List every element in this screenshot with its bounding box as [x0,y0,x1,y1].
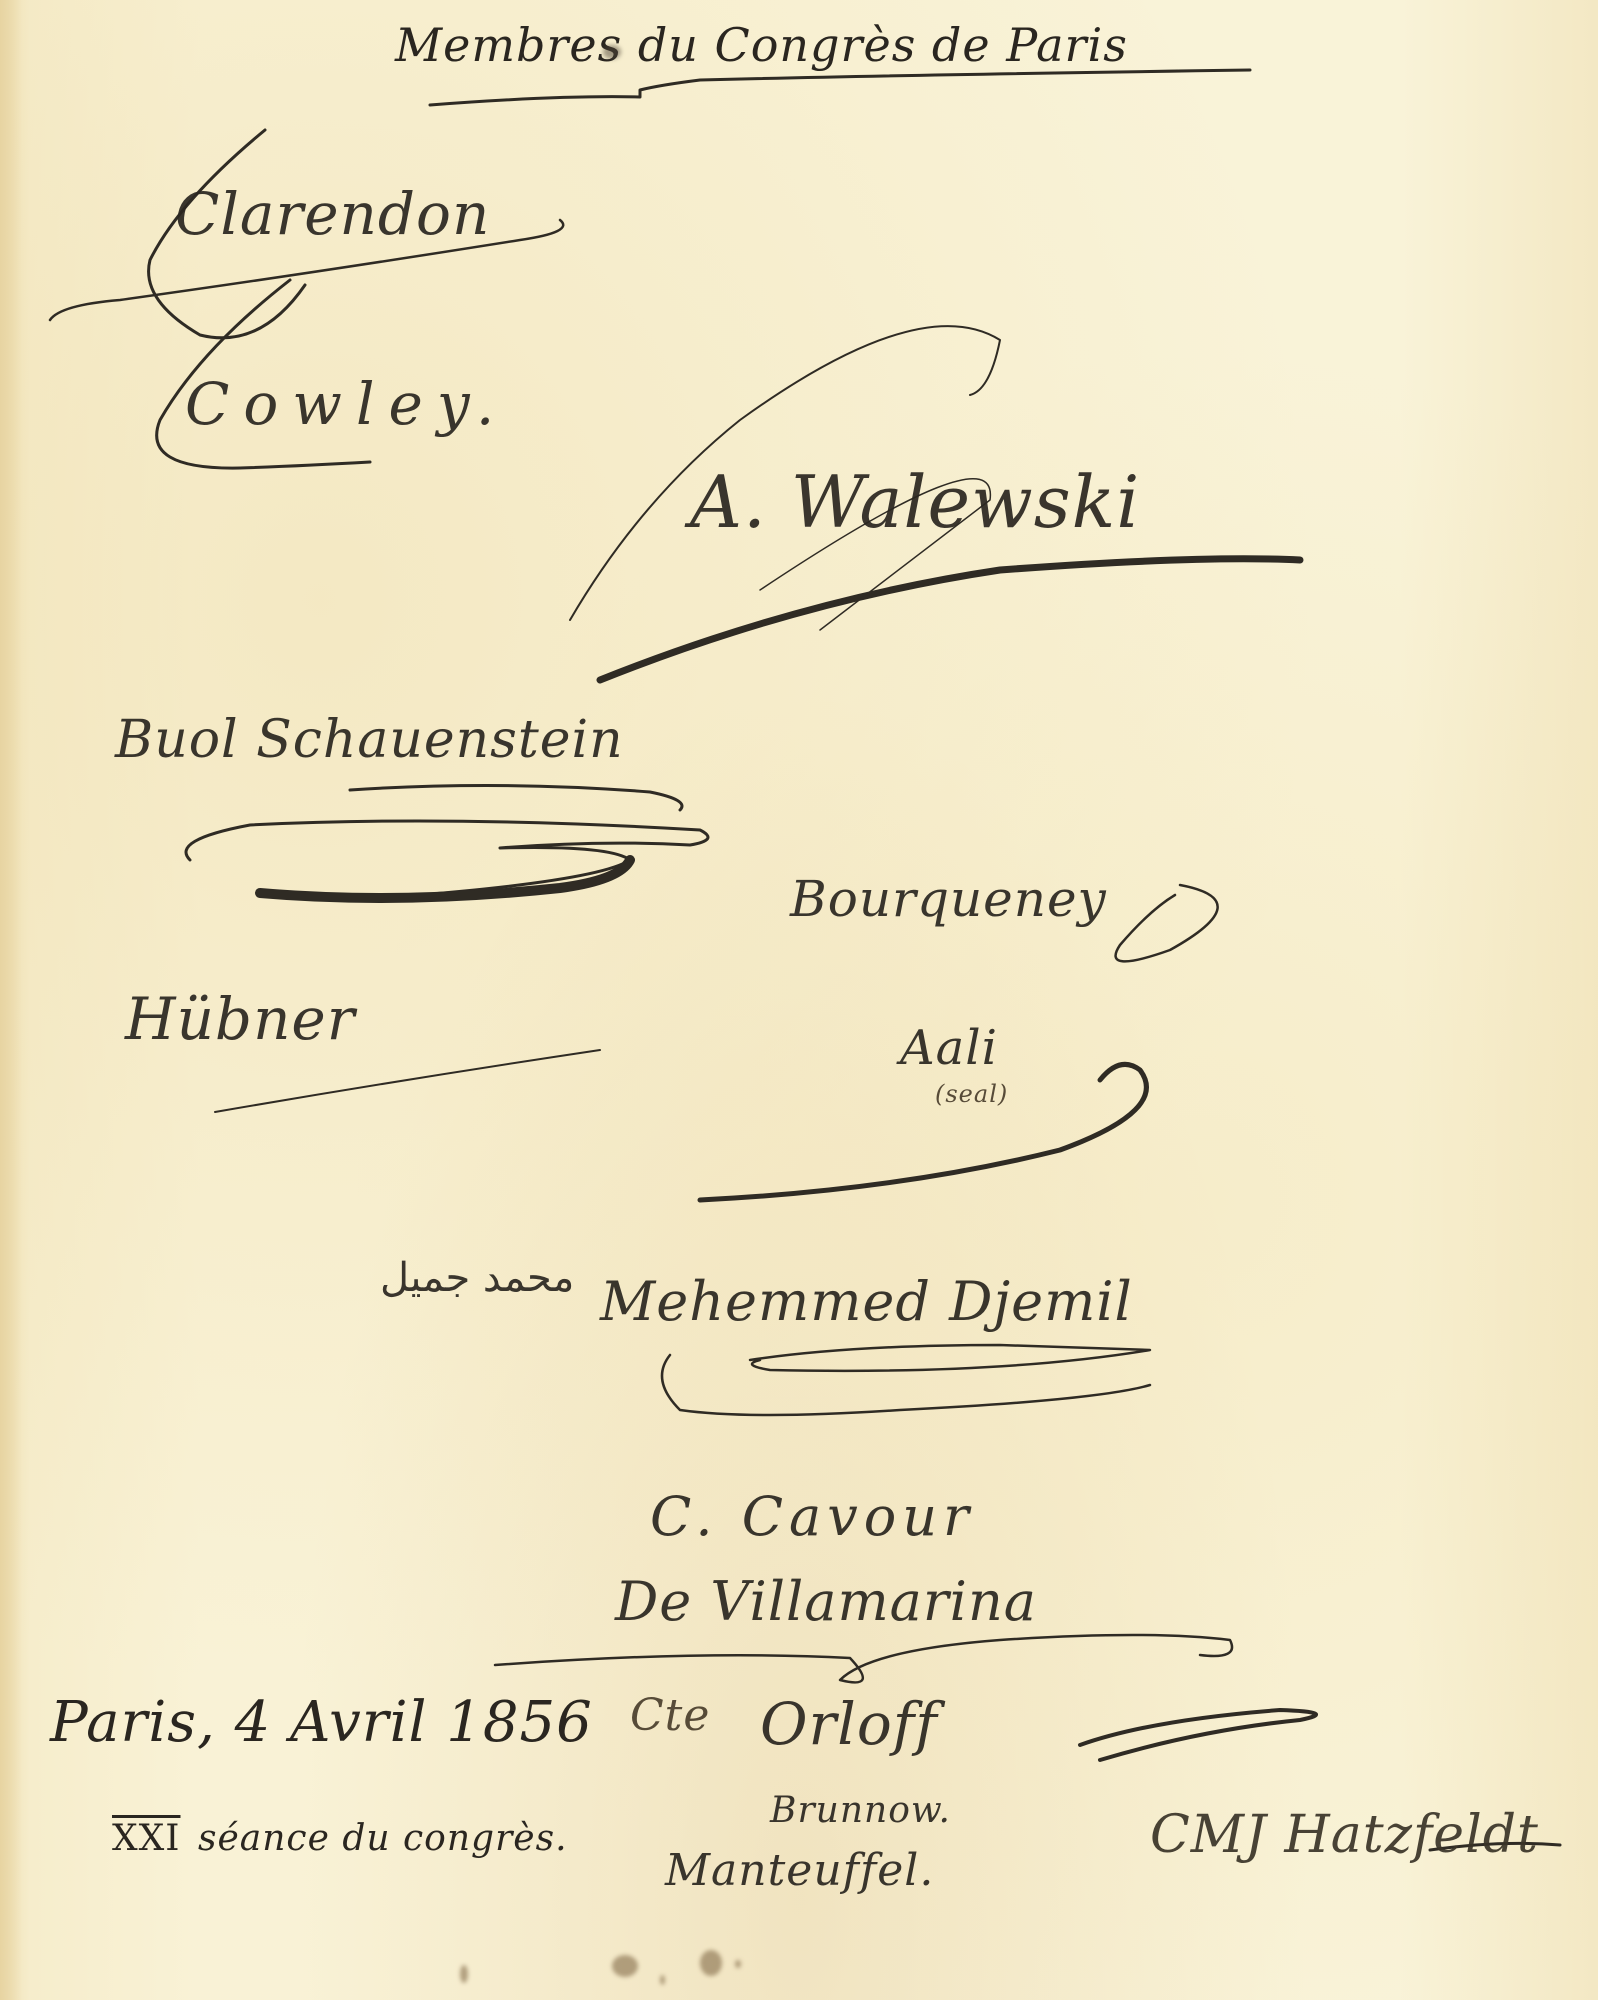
signature-cavour: C. Cavour [650,1485,975,1548]
signature-aali-mark: (seal) [935,1080,1008,1108]
session-text: séance du congrès. [198,1818,568,1859]
ink-stain [612,1955,638,1977]
signature-clarendon: Clarendon [175,180,490,248]
ink-stain [700,1950,722,1976]
ink-stain [460,1965,468,1983]
signature-orloff-prefix: Cte [630,1690,710,1741]
ink-smudge [603,45,621,59]
signature-orloff: Orloff [760,1690,938,1758]
signature-djemil-arabic: محمد جميل [380,1255,574,1301]
document-date: Paris, 4 Avril 1856 [50,1690,593,1755]
signature-aali: Aali [900,1020,998,1076]
signature-bourqueney: Bourqueney [790,870,1107,928]
signature-djemil: Mehemmed Djemil [600,1270,1133,1333]
signature-brunnow: Brunnow. [770,1790,951,1831]
signature-hubner: Hübner [125,985,355,1053]
signature-villamarina: De Villamarina [615,1570,1037,1633]
ink-stain [660,1975,665,1985]
signature-hatzfeldt: CMJ Hatzfeldt [1150,1805,1539,1865]
document-heading: Membres du Congrès de Paris [395,18,1128,72]
signature-manteuffel: Manteuffel. [665,1845,934,1896]
session-numeral: XXI [112,1818,180,1859]
signature-cowley: Cowley. [185,370,508,438]
signature-buol: Buol Schauenstein [115,710,624,770]
document-page: Membres du Congrès de Paris Clarendon Co… [0,0,1598,2000]
page-edge-shadow [0,0,22,2000]
signature-walewski: A. Walewski [690,460,1140,544]
ink-stain [735,1960,741,1968]
